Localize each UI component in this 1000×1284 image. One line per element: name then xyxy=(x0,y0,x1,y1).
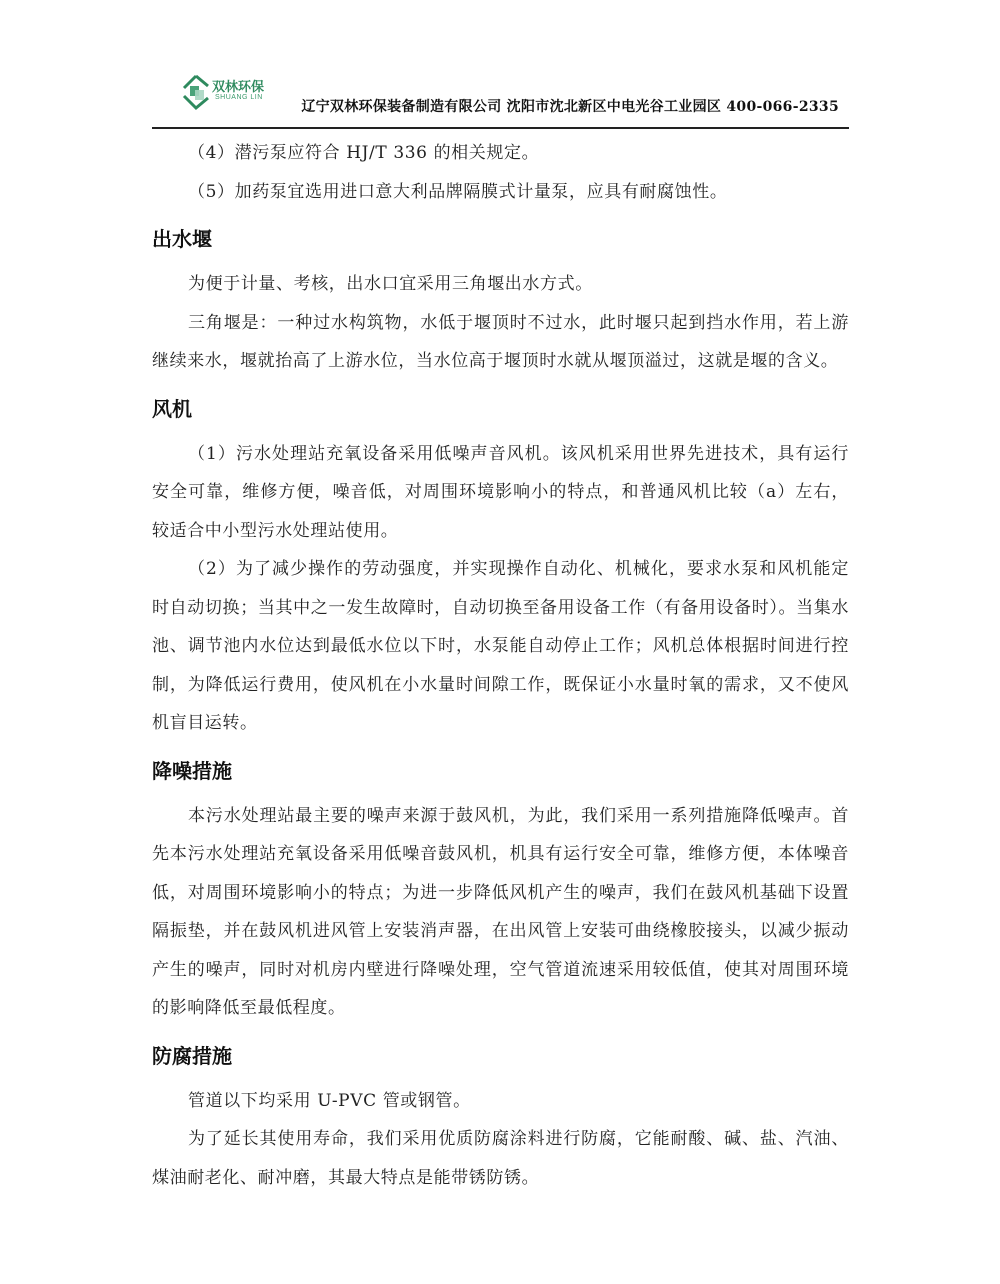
paragraph: 为了延长其使用寿命，我们采用优质防腐涂料进行防腐，它能耐酸、碱、盐、汽油、煤油耐… xyxy=(152,1120,849,1197)
paragraph: （5）加药泵宜选用进口意大利品牌隔膜式计量泵，应具有耐腐蚀性。 xyxy=(152,173,849,212)
company-logo: 双林环保 SHUANG LIN xyxy=(182,72,272,116)
logo-name-cn: 双林环保 xyxy=(212,76,264,95)
paragraph: 管道以下均采用 U-PVC 管或钢管。 xyxy=(152,1082,849,1121)
document-body: （4）潜污泵应符合 HJ/T 336 的相关规定。 （5）加药泵宜选用进口意大利… xyxy=(152,138,849,1197)
header-divider xyxy=(152,127,849,129)
paragraph: （4）潜污泵应符合 HJ/T 336 的相关规定。 xyxy=(152,134,849,173)
company-info: 辽宁双林环保装备制造有限公司 沈阳市沈北新区中电光谷工业园区 400-066-2… xyxy=(301,96,839,116)
logo-diamond-icon xyxy=(182,74,212,112)
logo-name-en: SHUANG LIN xyxy=(215,94,263,101)
paragraph: （1）污水处理站充氧设备采用低噪声音风机。该风机采用世界先进技术，具有运行安全可… xyxy=(152,435,849,551)
paragraph: 三角堰是：一种过水构筑物，水低于堰顶时不过水，此时堰只起到挡水作用，若上游继续来… xyxy=(152,304,849,381)
section-heading: 防腐措施 xyxy=(152,1042,849,1070)
section-heading: 降噪措施 xyxy=(152,757,849,785)
paragraph: 本污水处理站最主要的噪声来源于鼓风机，为此，我们采用一系列措施降低噪声。首先本污… xyxy=(152,797,849,1028)
paragraph: 为便于计量、考核，出水口宜采用三角堰出水方式。 xyxy=(152,265,849,304)
page-header: 双林环保 SHUANG LIN 辽宁双林环保装备制造有限公司 沈阳市沈北新区中电… xyxy=(152,66,849,128)
section-heading: 出水堰 xyxy=(152,225,849,253)
section-heading: 风机 xyxy=(152,395,849,423)
paragraph: （2）为了减少操作的劳动强度，并实现操作自动化、机械化，要求水泵和风机能定时自动… xyxy=(152,550,849,743)
